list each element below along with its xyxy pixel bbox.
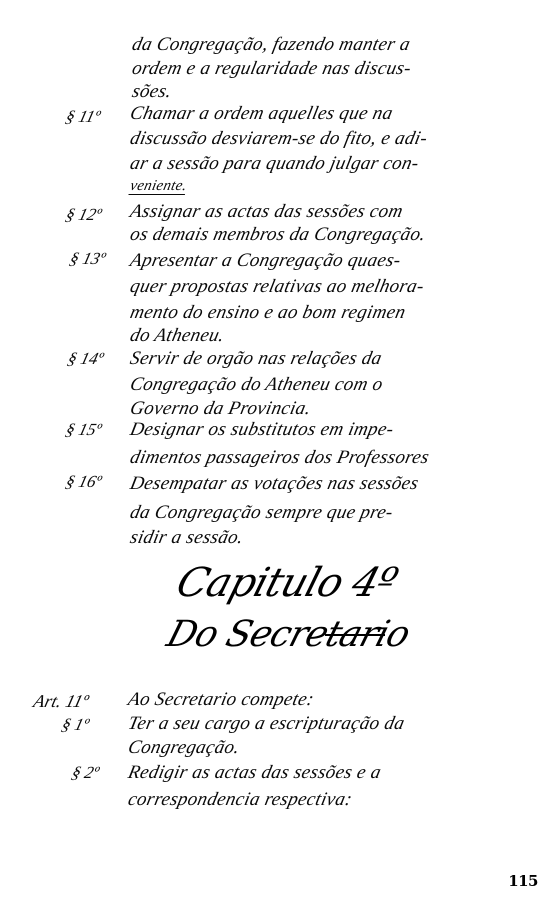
section-line: veniente.: [128, 175, 189, 197]
section-line: ar a sessão para quando julgar con-: [128, 153, 421, 175]
section-line: correspondencia respectiva:: [126, 789, 354, 811]
continuation-line: ordem e a regularidade nas discus-: [130, 58, 413, 80]
article-label: Art. 11º: [31, 690, 91, 712]
section-line: dimentos passageiros dos Professores: [128, 447, 431, 469]
article-line: Ao Secretario compete:: [126, 689, 316, 711]
section-line: mento do ensino e ao bom regimen: [128, 302, 408, 324]
section-label: § 14º: [65, 348, 106, 370]
continuation-line: sões.: [130, 81, 174, 103]
section-line: Congregação.: [126, 737, 242, 759]
section-line: Chamar a ordem aquelles que na: [128, 103, 395, 125]
heading-flourish: [325, 634, 385, 636]
section-label: § 16º: [63, 471, 104, 493]
section-line: Apresentar a Congregação quaes-: [128, 250, 403, 272]
section-label: § 12º: [63, 204, 104, 226]
section-label: § 11º: [63, 106, 102, 128]
section-line: Designar os substitutos em impe-: [128, 419, 396, 441]
section-line: Desempatar as votações nas sessões: [128, 473, 420, 495]
section-label: § 15º: [63, 419, 104, 441]
section-line: da Congregação sempre que pre-: [128, 502, 395, 524]
section-label: § 1º: [59, 714, 91, 736]
chapter-title: Capitulo 4º: [171, 560, 402, 606]
page-number: 115: [508, 872, 538, 890]
section-line: quer propostas relativas ao melhora-: [128, 276, 426, 298]
section-line: sidir a sessão.: [128, 527, 245, 549]
section-line: Redigir as actas das sessões e a: [126, 762, 383, 784]
section-label: § 13º: [67, 248, 108, 270]
section-line: do Atheneu.: [128, 325, 226, 347]
section-line: Congregação do Atheneu com o: [128, 374, 385, 396]
section-line: Ter a seu cargo a escripturação da: [126, 713, 407, 735]
section-line: Servir de orgão nas relações da: [128, 348, 384, 370]
section-line: Assignar as actas das sessões com: [128, 201, 405, 223]
section-line: os demais membros da Congregação.: [128, 224, 428, 246]
section-line: Governo da Provincia.: [128, 398, 313, 420]
continuation-line: da Congregação, fazendo manter a: [130, 34, 412, 56]
manuscript-page: da Congregação, fazendo manter a ordem e…: [0, 0, 556, 900]
section-label: § 2º: [69, 762, 101, 784]
section-line: discussão desviarem-se do fito, e adi-: [128, 128, 429, 150]
